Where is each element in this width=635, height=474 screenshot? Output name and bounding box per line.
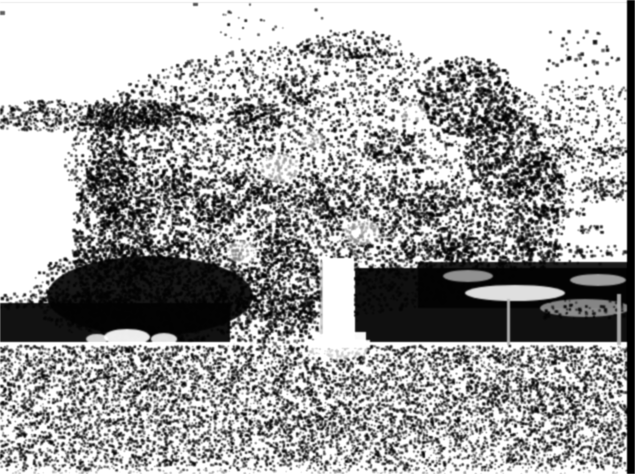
thresholded-tree-photo [0, 0, 635, 474]
tree-photo-canvas [0, 0, 635, 474]
